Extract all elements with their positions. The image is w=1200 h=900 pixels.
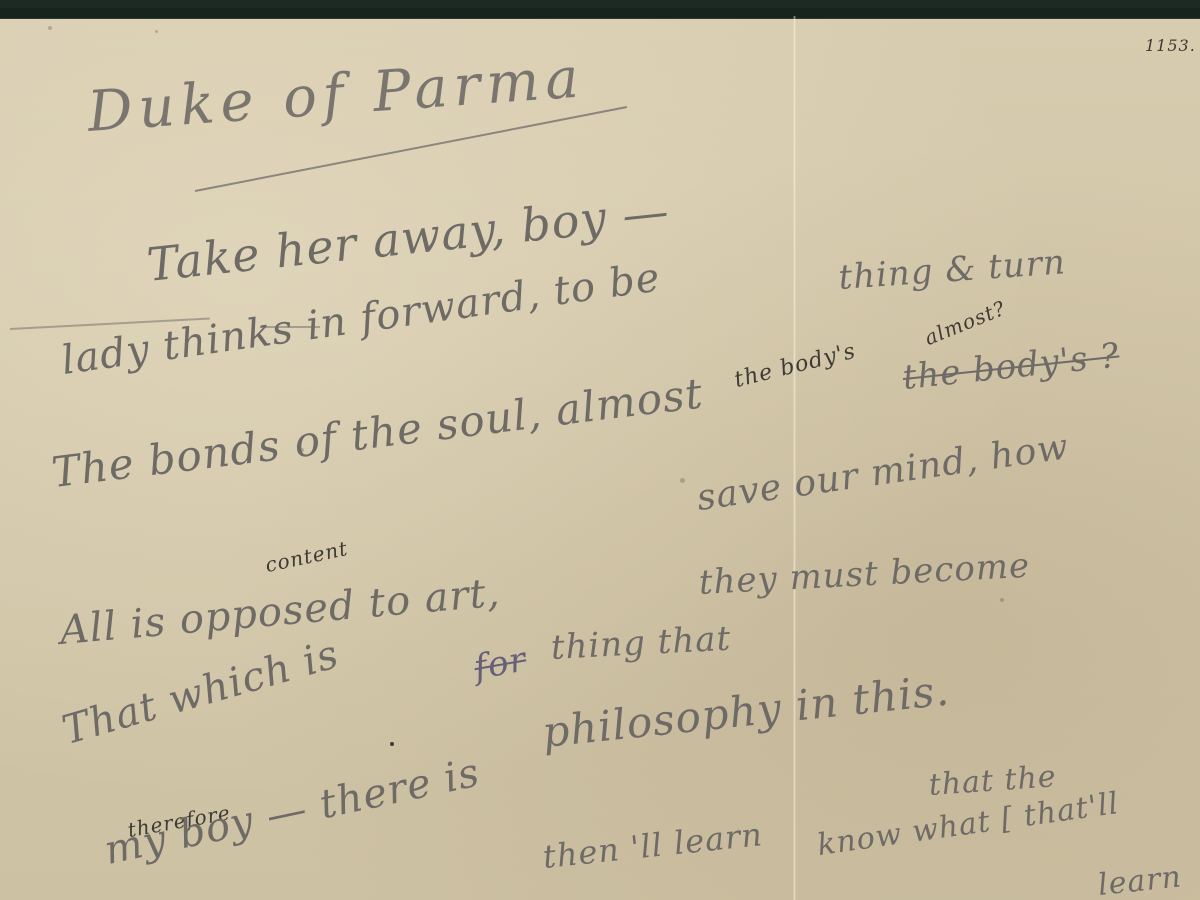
paper-speck	[390, 742, 394, 746]
manuscript-line: then 'll learn	[541, 815, 765, 876]
manuscript-line: thing & turn	[837, 242, 1067, 298]
interlinear-insertion: almost?	[921, 296, 1009, 350]
folio-number: 1153.	[1145, 36, 1196, 55]
paper-speck	[155, 30, 158, 33]
struck-text: for	[471, 640, 529, 688]
paper-speck	[1000, 598, 1004, 602]
manuscript-line: they must become	[698, 546, 1031, 603]
manuscript-line: learn	[1096, 859, 1183, 900]
manuscript-page: 1153. Duke of Parma Take her away, boy —…	[0, 8, 1200, 900]
scan-top-edge	[0, 8, 1200, 19]
paper-speck	[680, 478, 685, 483]
manuscript-line: save our mind, how	[694, 426, 1071, 519]
interlinear-insertion: content	[263, 536, 350, 577]
paper-speck	[48, 26, 52, 30]
manuscript-line: thing that	[550, 619, 732, 668]
paper-fold-line	[793, 16, 796, 900]
manuscript-line: philosophy in this.	[540, 666, 952, 757]
manuscript-line: All is opposed to art,	[58, 570, 502, 654]
manuscript-line: The bonds of the soul, almost	[49, 368, 706, 497]
